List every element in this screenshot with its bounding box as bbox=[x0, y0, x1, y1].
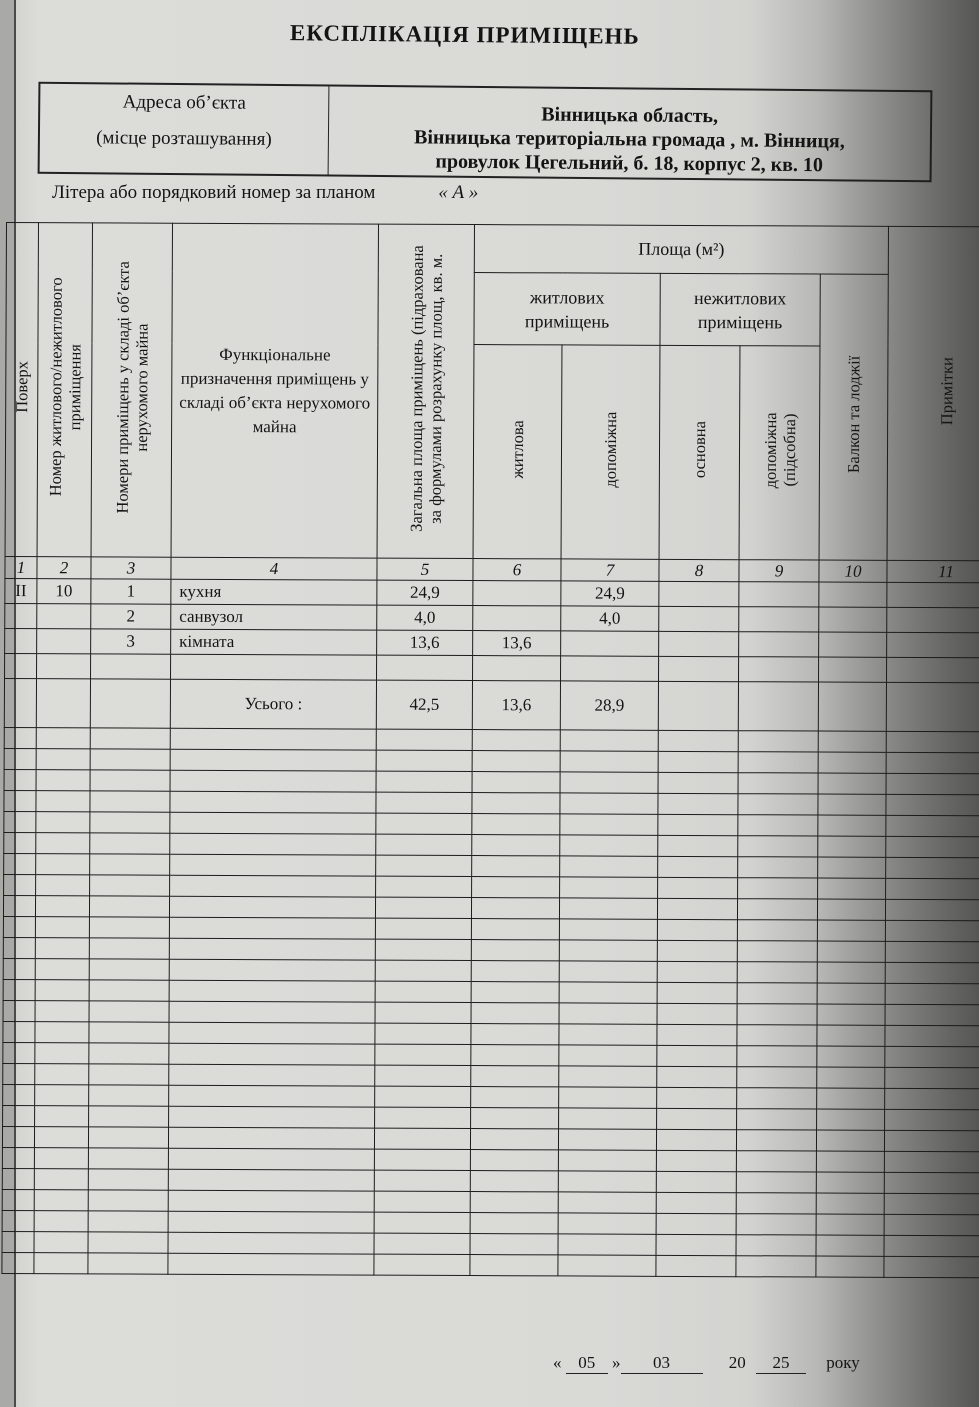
empty-cell bbox=[472, 877, 560, 898]
empty-cell bbox=[170, 728, 376, 750]
empty-cell bbox=[170, 749, 376, 771]
empty-cell bbox=[90, 728, 170, 749]
empty-cell bbox=[738, 878, 818, 899]
empty-cell bbox=[472, 751, 560, 772]
empty-cell bbox=[818, 815, 886, 836]
header-room-numbers: Номери приміщень у складі об’єкта нерухо… bbox=[91, 223, 172, 557]
empty-cell bbox=[36, 791, 90, 812]
empty-cell bbox=[2, 1231, 34, 1252]
empty-cell bbox=[34, 1169, 88, 1190]
empty-cell bbox=[658, 793, 738, 814]
empty-cell bbox=[36, 728, 90, 749]
empty-cell bbox=[4, 874, 36, 895]
empty-cell bbox=[471, 919, 559, 940]
cell-aux-utility bbox=[739, 582, 819, 607]
empty-cell bbox=[170, 812, 376, 834]
empty-cell bbox=[35, 917, 89, 938]
empty-cell bbox=[91, 654, 171, 679]
cell-notes bbox=[887, 607, 979, 633]
empty-cell bbox=[886, 682, 979, 732]
empty-cell bbox=[656, 1213, 736, 1234]
litera-line: Літера або порядковий номер за планом « … bbox=[52, 182, 478, 204]
column-number: 11 bbox=[887, 560, 979, 583]
empty-cell bbox=[817, 1109, 885, 1130]
empty-cell bbox=[559, 961, 657, 982]
empty-cell bbox=[884, 1235, 979, 1257]
header-balcony: Балкон та лоджії bbox=[819, 274, 888, 560]
empty-cell bbox=[88, 1253, 168, 1274]
empty-cell bbox=[817, 1025, 885, 1046]
empty-cell bbox=[470, 1129, 558, 1150]
empty-cell bbox=[817, 920, 885, 941]
empty-cell bbox=[816, 1214, 884, 1235]
empty-cell bbox=[885, 1025, 979, 1047]
empty-cell bbox=[656, 1150, 736, 1171]
empty-cell bbox=[376, 750, 472, 771]
header-floor: Поверх bbox=[5, 223, 38, 557]
empty-cell bbox=[34, 1211, 88, 1232]
empty-cell bbox=[736, 1193, 816, 1214]
empty-cell bbox=[5, 653, 37, 678]
cell-balcony bbox=[819, 632, 887, 657]
empty-cell bbox=[658, 877, 738, 898]
empty-cell bbox=[375, 981, 471, 1002]
column-number: 3 bbox=[91, 557, 171, 579]
date-close-quote: » bbox=[612, 1353, 621, 1372]
empty-cell bbox=[471, 1003, 559, 1024]
empty-cell bbox=[35, 1064, 89, 1085]
empty-cell bbox=[374, 1212, 470, 1233]
empty-cell bbox=[90, 812, 170, 833]
date-day: 05 bbox=[566, 1353, 608, 1374]
empty-cell bbox=[35, 959, 89, 980]
empty-cell bbox=[471, 1066, 559, 1087]
empty-cell bbox=[559, 1024, 657, 1045]
empty-cell bbox=[89, 1085, 169, 1106]
header-area-group: Площа (м²) bbox=[474, 225, 888, 275]
empty-cell bbox=[35, 1085, 89, 1106]
empty-cell bbox=[3, 958, 35, 979]
empty-cell bbox=[472, 856, 560, 877]
column-number: 8 bbox=[659, 559, 739, 581]
empty-cell bbox=[169, 1106, 375, 1128]
empty-cell bbox=[736, 1214, 816, 1235]
total-total: 42,5 bbox=[376, 680, 472, 729]
empty-cell bbox=[738, 752, 818, 773]
empty-cell bbox=[558, 1129, 656, 1150]
empty-cell bbox=[738, 794, 818, 815]
empty-cell bbox=[559, 1066, 657, 1087]
empty-cell bbox=[657, 898, 737, 919]
empty-cell bbox=[4, 832, 36, 853]
empty-cell bbox=[90, 791, 170, 812]
empty-cell bbox=[171, 654, 377, 680]
empty-cell bbox=[656, 1129, 736, 1150]
empty-cell bbox=[169, 896, 375, 918]
empty-cell bbox=[2, 1126, 34, 1147]
empty-cell bbox=[738, 682, 818, 731]
empty-cell bbox=[739, 657, 819, 682]
cell-notes bbox=[887, 632, 979, 658]
empty-cell bbox=[736, 1256, 816, 1277]
empty-cell bbox=[375, 1086, 471, 1107]
empty-cell bbox=[168, 1211, 374, 1233]
empty-cell bbox=[4, 790, 36, 811]
empty-cell bbox=[3, 937, 35, 958]
empty-cell bbox=[36, 833, 90, 854]
empty-cell bbox=[169, 1001, 375, 1023]
empty-cell bbox=[817, 983, 885, 1004]
empty-cell bbox=[89, 896, 169, 917]
empty-cell bbox=[35, 896, 89, 917]
cell-notes bbox=[887, 582, 979, 608]
empty-cell bbox=[561, 656, 659, 681]
empty-cell bbox=[737, 1004, 817, 1025]
empty-cell bbox=[737, 1109, 817, 1130]
header-notes: Примітки bbox=[887, 226, 979, 561]
empty-cell bbox=[738, 773, 818, 794]
empty-cell bbox=[885, 1046, 979, 1068]
empty-cell bbox=[3, 1084, 35, 1105]
empty-cell bbox=[818, 752, 886, 773]
empty-cell bbox=[4, 727, 36, 748]
empty-cell bbox=[471, 940, 559, 961]
empty-cell bbox=[885, 1088, 979, 1110]
empty-cell bbox=[471, 1108, 559, 1129]
empty-cell bbox=[374, 1170, 470, 1191]
empty-cell bbox=[559, 940, 657, 961]
empty-cell bbox=[658, 730, 738, 751]
empty-cell bbox=[375, 1044, 471, 1065]
empty-cell bbox=[170, 833, 376, 855]
date-open-quote: « bbox=[553, 1353, 562, 1372]
empty-cell bbox=[88, 1148, 168, 1169]
total-row: Усього :42,513,628,9 bbox=[4, 678, 979, 731]
header-unit-number: Номер житлового/нежитлового приміщення bbox=[37, 223, 92, 557]
empty-cell bbox=[736, 1172, 816, 1193]
empty-cell bbox=[885, 941, 979, 963]
empty-cell bbox=[471, 1024, 559, 1045]
empty-cell bbox=[35, 980, 89, 1001]
empty-cell bbox=[168, 1253, 374, 1275]
empty-cell bbox=[376, 834, 472, 855]
header-nonresidential-group: нежитлових приміщень bbox=[660, 273, 820, 346]
empty-cell bbox=[170, 854, 376, 876]
empty-cell bbox=[738, 836, 818, 857]
empty-cell bbox=[470, 1171, 558, 1192]
litera-label: Літера або порядковий номер за планом bbox=[52, 182, 375, 203]
empty-cell bbox=[168, 1148, 374, 1170]
cell-living bbox=[473, 606, 561, 631]
empty-cell bbox=[376, 855, 472, 876]
date-century: 20 bbox=[729, 1353, 746, 1372]
empty-cell bbox=[884, 1214, 979, 1236]
cell-balcony bbox=[819, 607, 887, 632]
cell-total: 24,9 bbox=[377, 580, 473, 605]
empty-cell bbox=[656, 1192, 736, 1213]
empty-cell bbox=[884, 1172, 979, 1194]
empty-cell bbox=[657, 1045, 737, 1066]
empty-cell bbox=[817, 899, 885, 920]
empty-cell bbox=[34, 1148, 88, 1169]
empty-cell bbox=[89, 938, 169, 959]
empty-cell bbox=[738, 857, 818, 878]
empty-cell bbox=[737, 1067, 817, 1088]
empty-cell bbox=[559, 1003, 657, 1024]
empty-cell bbox=[471, 961, 559, 982]
empty-cell bbox=[737, 899, 817, 920]
empty-cell bbox=[3, 1042, 35, 1063]
empty-cell bbox=[375, 939, 471, 960]
empty-cell bbox=[737, 1025, 817, 1046]
empty-cell bbox=[886, 815, 979, 837]
empty-cell bbox=[736, 1151, 816, 1172]
empty-cell bbox=[558, 1192, 656, 1213]
header-residential-group: житлових приміщень bbox=[474, 273, 660, 346]
empty-cell bbox=[2, 1147, 34, 1168]
cell-function: кімната bbox=[171, 629, 377, 655]
empty-cell bbox=[169, 938, 375, 960]
empty-cell bbox=[657, 1066, 737, 1087]
empty-cell bbox=[886, 657, 979, 683]
empty-cell bbox=[657, 919, 737, 940]
empty-cell bbox=[3, 895, 35, 916]
empty-cell bbox=[90, 749, 170, 770]
empty-cell bbox=[88, 1169, 168, 1190]
empty-cell bbox=[657, 1087, 737, 1108]
empty-cell bbox=[560, 856, 658, 877]
empty-cell bbox=[169, 1064, 375, 1086]
empty-cell bbox=[886, 731, 979, 753]
empty-cell bbox=[737, 941, 817, 962]
empty-cell bbox=[559, 919, 657, 940]
empty-cell bbox=[886, 752, 979, 774]
empty-cell bbox=[658, 772, 738, 793]
empty-cell bbox=[4, 769, 36, 790]
empty-cell bbox=[885, 920, 979, 942]
empty-cell bbox=[738, 731, 818, 752]
cell-unit: 10 bbox=[37, 579, 91, 604]
column-number: 9 bbox=[739, 560, 819, 582]
empty-cell bbox=[659, 656, 739, 681]
empty-cell bbox=[90, 854, 170, 875]
empty-cell bbox=[737, 1088, 817, 1109]
empty-cell bbox=[818, 731, 886, 752]
header-total-area: Загальна площа приміщень (підрахована за… bbox=[377, 224, 474, 558]
empty-cell bbox=[472, 793, 560, 814]
empty-cell bbox=[35, 1022, 89, 1043]
empty-cell bbox=[656, 1255, 736, 1276]
empty-cell bbox=[169, 1022, 375, 1044]
empty-cell bbox=[4, 678, 36, 727]
column-number: 1 bbox=[5, 556, 37, 578]
column-number: 10 bbox=[819, 560, 887, 582]
empty-cell bbox=[89, 1001, 169, 1022]
address-label-line2: (місце розташування) bbox=[40, 120, 328, 159]
empty-cell bbox=[375, 897, 471, 918]
empty-cell bbox=[473, 656, 561, 681]
empty-cell bbox=[4, 811, 36, 832]
empty-cell bbox=[169, 959, 375, 981]
cell-room: 2 bbox=[91, 604, 171, 629]
empty-cell bbox=[736, 1130, 816, 1151]
header-auxiliary: допоміжна bbox=[561, 345, 660, 559]
empty-cell bbox=[34, 1232, 88, 1253]
empty-cell bbox=[90, 833, 170, 854]
cell-room: 3 bbox=[91, 629, 171, 654]
empty-row bbox=[2, 1252, 979, 1277]
empty-cell bbox=[374, 1128, 470, 1149]
cell-main bbox=[659, 606, 739, 631]
column-number: 5 bbox=[377, 558, 473, 580]
empty-cell bbox=[657, 1024, 737, 1045]
empty-cell bbox=[36, 749, 90, 770]
header-function: Функціональне призначення приміщень у ск… bbox=[171, 223, 378, 558]
empty-cell bbox=[2, 1189, 34, 1210]
empty-cell bbox=[169, 917, 375, 939]
empty-cell bbox=[375, 1107, 471, 1128]
empty-cell bbox=[36, 875, 90, 896]
empty-cell bbox=[88, 1232, 168, 1253]
date-month: 03 bbox=[621, 1353, 703, 1374]
empty-cell bbox=[36, 770, 90, 791]
empty-cell bbox=[88, 1190, 168, 1211]
empty-cell bbox=[657, 940, 737, 961]
address-label-line1: Адреса об’єкта bbox=[40, 84, 328, 123]
empty-cell bbox=[559, 982, 657, 1003]
empty-cell bbox=[89, 959, 169, 980]
empty-cell bbox=[737, 920, 817, 941]
empty-cell bbox=[560, 751, 658, 772]
empty-cell bbox=[818, 878, 886, 899]
empty-cell bbox=[89, 1043, 169, 1064]
empty-cell bbox=[818, 682, 886, 731]
empty-cell bbox=[559, 1045, 657, 1066]
empty-cell bbox=[559, 1087, 657, 1108]
empty-cell bbox=[3, 979, 35, 1000]
empty-cell bbox=[2, 1168, 34, 1189]
cell-function: кухня bbox=[171, 579, 377, 605]
cell-balcony bbox=[819, 582, 887, 607]
empty-cell bbox=[35, 938, 89, 959]
empty-cell bbox=[737, 1046, 817, 1067]
cell-main bbox=[659, 581, 739, 606]
empty-cell bbox=[471, 982, 559, 1003]
empty-cell bbox=[816, 1193, 884, 1214]
empty-cell bbox=[885, 1004, 979, 1026]
empty-cell bbox=[34, 1253, 88, 1274]
empty-cell bbox=[169, 1043, 375, 1065]
empty-cell bbox=[471, 1087, 559, 1108]
empty-cell bbox=[737, 962, 817, 983]
total-auxiliary: 28,9 bbox=[560, 681, 658, 730]
empty-cell bbox=[558, 1234, 656, 1255]
cell-total: 13,6 bbox=[377, 630, 473, 655]
empty-cell bbox=[657, 1003, 737, 1024]
cell-room: 1 bbox=[91, 579, 171, 604]
cell-aux-utility bbox=[739, 607, 819, 632]
empty-cell bbox=[817, 1067, 885, 1088]
empty-cell bbox=[558, 1213, 656, 1234]
empty-cell bbox=[35, 1043, 89, 1064]
empty-cell bbox=[472, 730, 560, 751]
empty-cell bbox=[170, 791, 376, 813]
empty-cell bbox=[472, 772, 560, 793]
header-auxiliary-utility: допоміжна (підсобна) bbox=[739, 346, 820, 560]
empty-cell bbox=[470, 1255, 558, 1276]
empty-cell bbox=[90, 770, 170, 791]
empty-cell bbox=[886, 836, 979, 858]
empty-cell bbox=[35, 1001, 89, 1022]
address-box: Адреса об’єкта (місце розташування) Вінн… bbox=[38, 82, 933, 183]
empty-cell bbox=[4, 853, 36, 874]
header-main: основна bbox=[659, 345, 740, 559]
total-label: Усього : bbox=[170, 679, 376, 729]
empty-cell bbox=[656, 1234, 736, 1255]
empty-cell bbox=[884, 1193, 979, 1215]
empty-cell bbox=[658, 856, 738, 877]
empty-cell bbox=[89, 980, 169, 1001]
column-number: 2 bbox=[37, 557, 91, 579]
empty-cell bbox=[4, 748, 36, 769]
empty-cell bbox=[376, 792, 472, 813]
empty-cell bbox=[886, 794, 979, 816]
empty-cell bbox=[817, 1046, 885, 1067]
empty-cell bbox=[3, 1105, 35, 1126]
empty-cell bbox=[89, 1022, 169, 1043]
empty-cell bbox=[818, 836, 886, 857]
empty-cell bbox=[168, 1169, 374, 1191]
empty-cell bbox=[377, 655, 473, 680]
empty-cell bbox=[658, 681, 738, 730]
empty-cell bbox=[560, 730, 658, 751]
empty-cell bbox=[816, 1256, 884, 1277]
cell-unit bbox=[37, 629, 91, 654]
empty-cell bbox=[375, 1065, 471, 1086]
empty-cell bbox=[658, 751, 738, 772]
empty-cell bbox=[375, 918, 471, 939]
date-suffix: року bbox=[826, 1353, 860, 1372]
cell-unit bbox=[37, 604, 91, 629]
total-living: 13,6 bbox=[472, 681, 560, 730]
empty-cell bbox=[471, 1045, 559, 1066]
empty-cell bbox=[817, 1004, 885, 1025]
empty-cell bbox=[560, 877, 658, 898]
cell-floor: II bbox=[5, 578, 37, 603]
empty-cell bbox=[470, 1150, 558, 1171]
empty-cell bbox=[472, 814, 560, 835]
empty-cell bbox=[560, 772, 658, 793]
empty-cell bbox=[470, 1234, 558, 1255]
cell-auxiliary: 24,9 bbox=[561, 581, 659, 606]
empty-cell bbox=[658, 835, 738, 856]
empty-cell bbox=[817, 1088, 885, 1109]
empty-cell bbox=[817, 941, 885, 962]
empty-cell bbox=[886, 773, 979, 795]
empty-cell bbox=[376, 771, 472, 792]
empty-cell bbox=[658, 814, 738, 835]
empty-cell bbox=[657, 961, 737, 982]
litera-value: « А » bbox=[438, 182, 478, 203]
cell-auxiliary: 4,0 bbox=[561, 606, 659, 631]
empty-cell bbox=[558, 1150, 656, 1171]
cell-function: санвузол bbox=[171, 604, 377, 630]
empty-cell bbox=[738, 815, 818, 836]
empty-cell bbox=[89, 917, 169, 938]
empty-cell bbox=[470, 1213, 558, 1234]
empty-cell bbox=[656, 1171, 736, 1192]
empty-cell bbox=[737, 983, 817, 1004]
